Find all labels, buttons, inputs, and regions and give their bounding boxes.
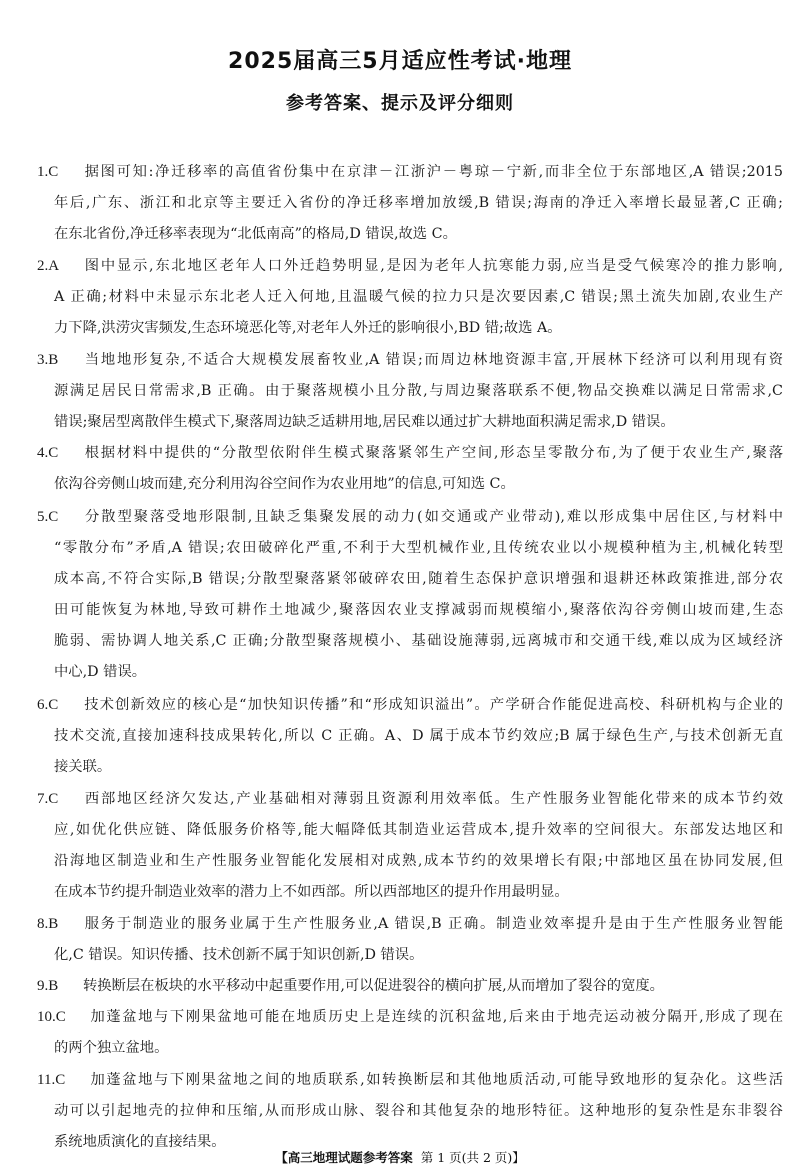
answer-3-line-2: 源满足居民日常需求,B 正确。由于聚落规模小且分散,与周边聚落联系不便,物品交换…: [54, 376, 783, 406]
answer-11-line-1: 11.C加蓬盆地与下刚果盆地之间的地质联系,如转换断层和其他地质活动,可能导致地…: [37, 1065, 783, 1095]
page-title: 2025届高三5月适应性考试·地理: [0, 44, 800, 75]
answer-number: 6.C: [37, 690, 83, 720]
answer-number: 10.C: [37, 1002, 89, 1032]
answer-number: 3.B: [37, 345, 83, 375]
answer-7-line-3: 沿海地区制造业和生产性服务业智能化发展相对成熟,成本节约的效果增长有限;中部地区…: [54, 846, 783, 876]
answer-5-line-3: 成本高,不符合实际,B 错误;分散型聚落紧邻破碎农田,随着生态保护意识增强和退耕…: [54, 564, 783, 594]
answer-7-line-2: 应,如优化供应链、降低服务价格等,能大幅降低其制造业运营成本,提升效率的空间很大…: [54, 815, 783, 845]
answer-5-line-1: 5.C分散型聚落受地形限制,且缺乏集聚发展的动力(如交通或产业带动),难以形成集…: [37, 502, 783, 532]
answer-number: 11.C: [37, 1065, 89, 1095]
answer-7-line-1: 7.C西部地区经济欠发达,产业基础相对薄弱且资源利用效率低。生产性服务业智能化带…: [37, 784, 783, 814]
answer-4-line-1: 4.C根据材料中提供的“分散型依附伴生模式聚落紧邻生产空间,形态呈零散分布,为了…: [37, 438, 783, 468]
answer-6-line-3: 接关联。: [54, 752, 783, 782]
answer-10-line-1: 10.C加蓬盆地与下刚果盆地可能在地质历史上是连续的沉积盆地,后来由于地壳运动被…: [37, 1002, 783, 1032]
answer-number: 8.B: [37, 909, 83, 939]
answer-5-line-2: “零散分布”矛盾,A 错误;农田破碎化严重,不利于大型机械作业,且传统农业以小规…: [54, 533, 783, 563]
answer-2-line-3: 力下降,洪涝灾害频发,生态环境恶化等,对老年人外迁的影响很小,BD 错;故选 A…: [54, 313, 783, 343]
answer-2-line-1: 2.A图中显示,东北地区老年人口外迁趋势明显,是因为老年人抗寒能力弱,应当是受气…: [37, 251, 783, 281]
answer-1-line-2: 年后,广东、浙江和北京等主要迁入省份的净迁移率增加放缓,B 错误;海南的净迁入率…: [54, 188, 783, 218]
answer-9-line-1: 9.B转换断层在板块的水平移动中起重要作用,可以促进裂谷的横向扩展,从而增加了裂…: [37, 971, 783, 1001]
answer-2-line-2: A 正确;材料中未显示东北老人迁入何地,且温暖气候的拉力只是次要因素,C 错误;…: [54, 282, 783, 312]
answer-number: 9.B: [37, 971, 83, 1001]
footer-page-number: 第 1 页(共 2 页)】: [421, 1150, 525, 1165]
page-footer: 【高三地理试题参考答案第 1 页(共 2 页)】: [0, 1148, 800, 1166]
answer-5-line-6: 中心,D 错误。: [54, 657, 783, 687]
answer-7-line-4: 在成本节约提升制造业效率的潜力上不如西部。所以西部地区的提升作用最明显。: [54, 877, 783, 907]
answer-5-line-4: 田可能恢复为林地,导致可耕作土地减少,聚落因农业支撑减弱而规模缩小,聚落依沟谷旁…: [54, 595, 783, 625]
answer-number: 7.C: [37, 784, 83, 814]
page-subtitle: 参考答案、提示及评分细则: [0, 89, 800, 115]
answer-6-line-2: 技术交流,直接加速科技成果转化,所以 C 正确。A、D 属于成本节约效应;B 属…: [54, 721, 783, 751]
answer-3-line-1: 3.B当地地形复杂,不适合大规模发展畜牧业,A 错误;而周边林地资源丰富,开展林…: [37, 345, 783, 375]
answer-3-line-3: 错误;聚居型离散伴生模式下,聚落周边缺乏适耕用地,居民难以通过扩大耕地面积满足需…: [54, 407, 783, 437]
answer-1-line-3: 在东北省份,净迁移率表现为“北低南高”的格局,D 错误,故选 C。: [54, 219, 783, 249]
answer-number: 4.C: [37, 438, 83, 468]
footer-label: 【高三地理试题参考答案: [275, 1150, 413, 1165]
answer-1-line-1: 1.C据图可知:净迁移率的高值省份集中在京津－江浙沪－粤琼－宁新,而非全位于东部…: [37, 157, 783, 187]
answer-4-line-2: 依沟谷旁侧山坡而建,充分利用沟谷空间作为农业用地”的信息,可知选 C。: [54, 469, 783, 499]
answer-number: 1.C: [37, 157, 83, 187]
answer-8-line-2: 化,C 错误。知识传播、技术创新不属于知识创新,D 错误。: [54, 940, 783, 970]
answer-number: 5.C: [37, 502, 83, 532]
answer-8-line-1: 8.B服务于制造业的服务业属于生产性服务业,A 错误,B 正确。制造业效率提升是…: [37, 909, 783, 939]
answer-number: 2.A: [37, 251, 83, 281]
answer-11-line-2: 动可以引起地壳的拉伸和压缩,从而形成山脉、裂谷和其他复杂的地形特征。这种地形的复…: [54, 1096, 783, 1126]
answer-10-line-2: 的两个独立盆地。: [54, 1033, 783, 1063]
answer-6-line-1: 6.C技术创新效应的核心是“加快知识传播”和“形成知识溢出”。产学研合作能促进高…: [37, 690, 783, 720]
answer-5-line-5: 脆弱、需协调人地关系,C 正确;分散型聚落规模小、基础设施薄弱,远离城市和交通干…: [54, 626, 783, 656]
